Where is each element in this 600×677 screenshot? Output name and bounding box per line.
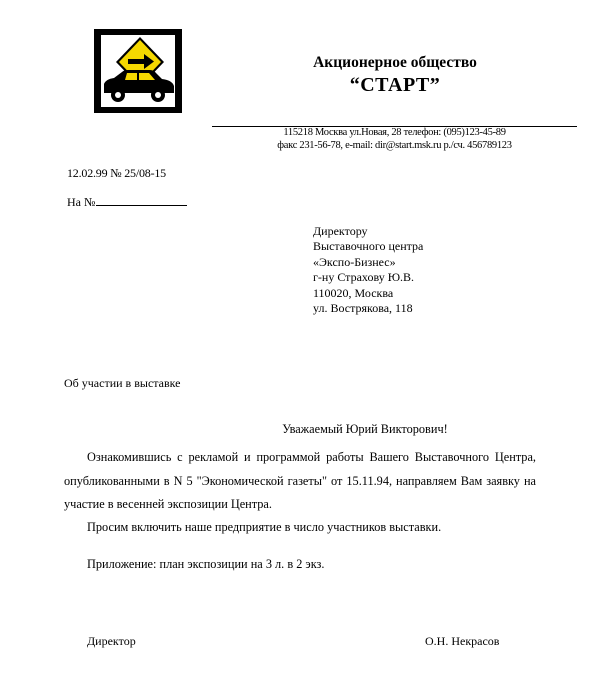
recipient-line: «Экспо-Бизнес» bbox=[313, 255, 423, 270]
attachment-note: Приложение: план экспозиции на 3 л. в 2 … bbox=[87, 557, 324, 572]
recipient-line: 110020, Москва bbox=[313, 286, 423, 301]
letter-subject: Об участии в выставке bbox=[64, 376, 181, 391]
recipient-block: Директору Выставочного центра «Экспо-Биз… bbox=[313, 224, 423, 316]
address-line-2: факс 231-56-78, e-mail: dir@start.msk.ru… bbox=[212, 140, 577, 151]
body-paragraph-2: Просим включить наше предприятие в число… bbox=[87, 520, 441, 535]
recipient-line: г-ну Страхову Ю.В. bbox=[313, 270, 423, 285]
recipient-line: Выставочного центра bbox=[313, 239, 423, 254]
signature-title: Директор bbox=[87, 634, 136, 649]
reply-reference: На № bbox=[67, 193, 187, 210]
reply-reference-label: На № bbox=[67, 195, 95, 209]
outgoing-reference: 12.02.99 № 25/08-15 bbox=[67, 166, 166, 181]
reply-reference-blank bbox=[96, 193, 187, 206]
salutation: Уважаемый Юрий Викторович! bbox=[55, 422, 545, 437]
recipient-line: ул. Вострякова, 118 bbox=[313, 301, 423, 316]
address-line-1: 115218 Москва ул.Новая, 28 телефон: (095… bbox=[212, 127, 577, 138]
company-name: Акционерное общество bbox=[240, 54, 550, 72]
body-paragraph-1: Ознакомившись с рекламой и программой ра… bbox=[64, 446, 536, 517]
recipient-line: Директору bbox=[313, 224, 423, 239]
car-with-road-sign-icon bbox=[94, 29, 182, 113]
signature-name: О.Н. Некрасов bbox=[425, 634, 499, 649]
company-brand: “СТАРТ” bbox=[240, 74, 550, 97]
company-logo bbox=[94, 29, 182, 113]
